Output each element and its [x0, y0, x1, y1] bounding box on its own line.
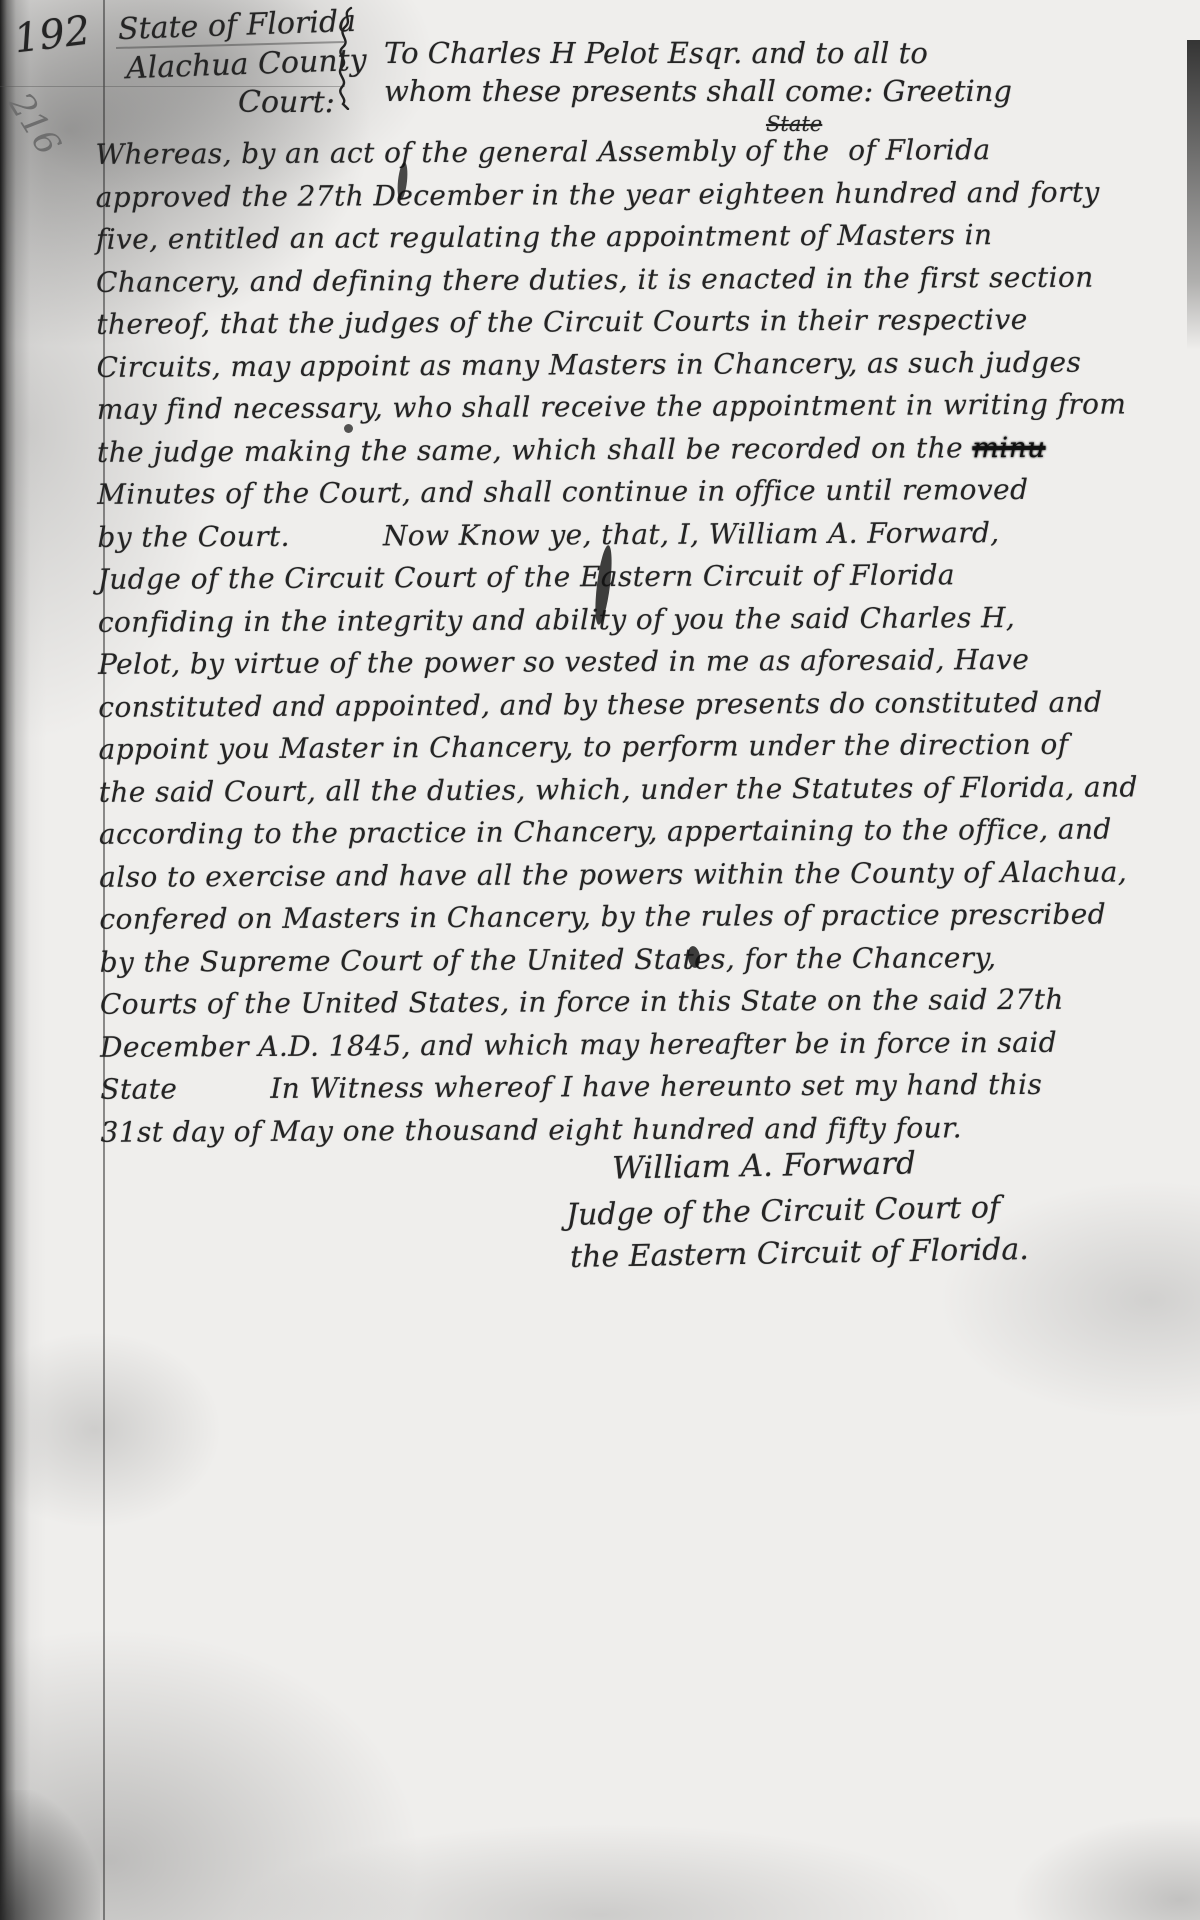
- document-line: by the Court. Now Know ye, that, I, Will…: [97, 511, 1172, 559]
- document-line: Pelot, by virtue of the power so vested …: [98, 638, 1173, 686]
- struck-word: minu: [972, 430, 1045, 463]
- document-line: Chancery, and defining there duties, it …: [96, 256, 1171, 304]
- document-line: approved the 27th December in the year e…: [96, 171, 1171, 219]
- document-line: five, entitled an act regulating the app…: [96, 213, 1171, 261]
- document-line: Judge of the Circuit Court of the Easter…: [98, 553, 1173, 601]
- document-line: by the Supreme Court of the United State…: [100, 936, 1175, 984]
- signature-name: William A. Forward: [612, 1145, 916, 1186]
- caption-county: Alachua County: [125, 43, 367, 86]
- document-line: Circuits, may appoint as many Masters in…: [96, 341, 1171, 389]
- document-line: December A.D. 1845, and which may hereaf…: [100, 1021, 1175, 1069]
- ink-blot: [344, 424, 353, 433]
- document-line: also to exercise and have all the powers…: [99, 851, 1174, 899]
- brace-icon: [333, 6, 359, 114]
- document-line-text: the judge making the same, which shall b…: [97, 431, 973, 469]
- signature-title: Judge of the Circuit Court of: [566, 1190, 1001, 1233]
- document-body: Whereas, by an act of the general Assemb…: [95, 128, 1175, 1154]
- signature-title: the Eastern Circuit of Florida.: [570, 1232, 1029, 1275]
- document-line: constituted and appointed, and by these …: [98, 681, 1173, 729]
- document-line: may find necessary, who shall receive th…: [97, 383, 1172, 431]
- document-line: State In Witness whereof I have hereunto…: [100, 1063, 1175, 1111]
- document-line: 31st day of May one thousand eight hundr…: [100, 1106, 1175, 1154]
- document-line: the judge making the same, which shall b…: [97, 426, 1172, 474]
- document-line: Whereas, by an act of the general Assemb…: [95, 128, 1170, 176]
- document-line: Courts of the United States, in force in…: [100, 978, 1175, 1026]
- document-line: appoint you Master in Chancery, to perfo…: [98, 723, 1173, 771]
- document-line: confiding in the integrity and ability o…: [98, 596, 1173, 644]
- document-line: according to the practice in Chancery, a…: [99, 808, 1174, 856]
- scanned-document-page: 192 216 State of Florida Alachua County …: [0, 0, 1200, 1920]
- scan-edge: [0, 1790, 100, 1920]
- document-line: thereof, that the judges of the Circuit …: [96, 298, 1171, 346]
- pencil-mark: 216: [0, 86, 68, 162]
- address-line: To Charles H Pelot Esqr. and to all to: [384, 36, 928, 70]
- address-line: whom these presents shall come: Greeting: [384, 74, 1012, 108]
- document-line: Minutes of the Court, and shall continue…: [97, 468, 1172, 516]
- document-line: the said Court, all the duties, which, u…: [99, 766, 1174, 814]
- scan-edge: [1187, 40, 1200, 350]
- caption-court: Court:: [238, 85, 335, 120]
- document-line: confered on Masters in Chancery, by the …: [99, 893, 1174, 941]
- page-number: 192: [11, 8, 92, 63]
